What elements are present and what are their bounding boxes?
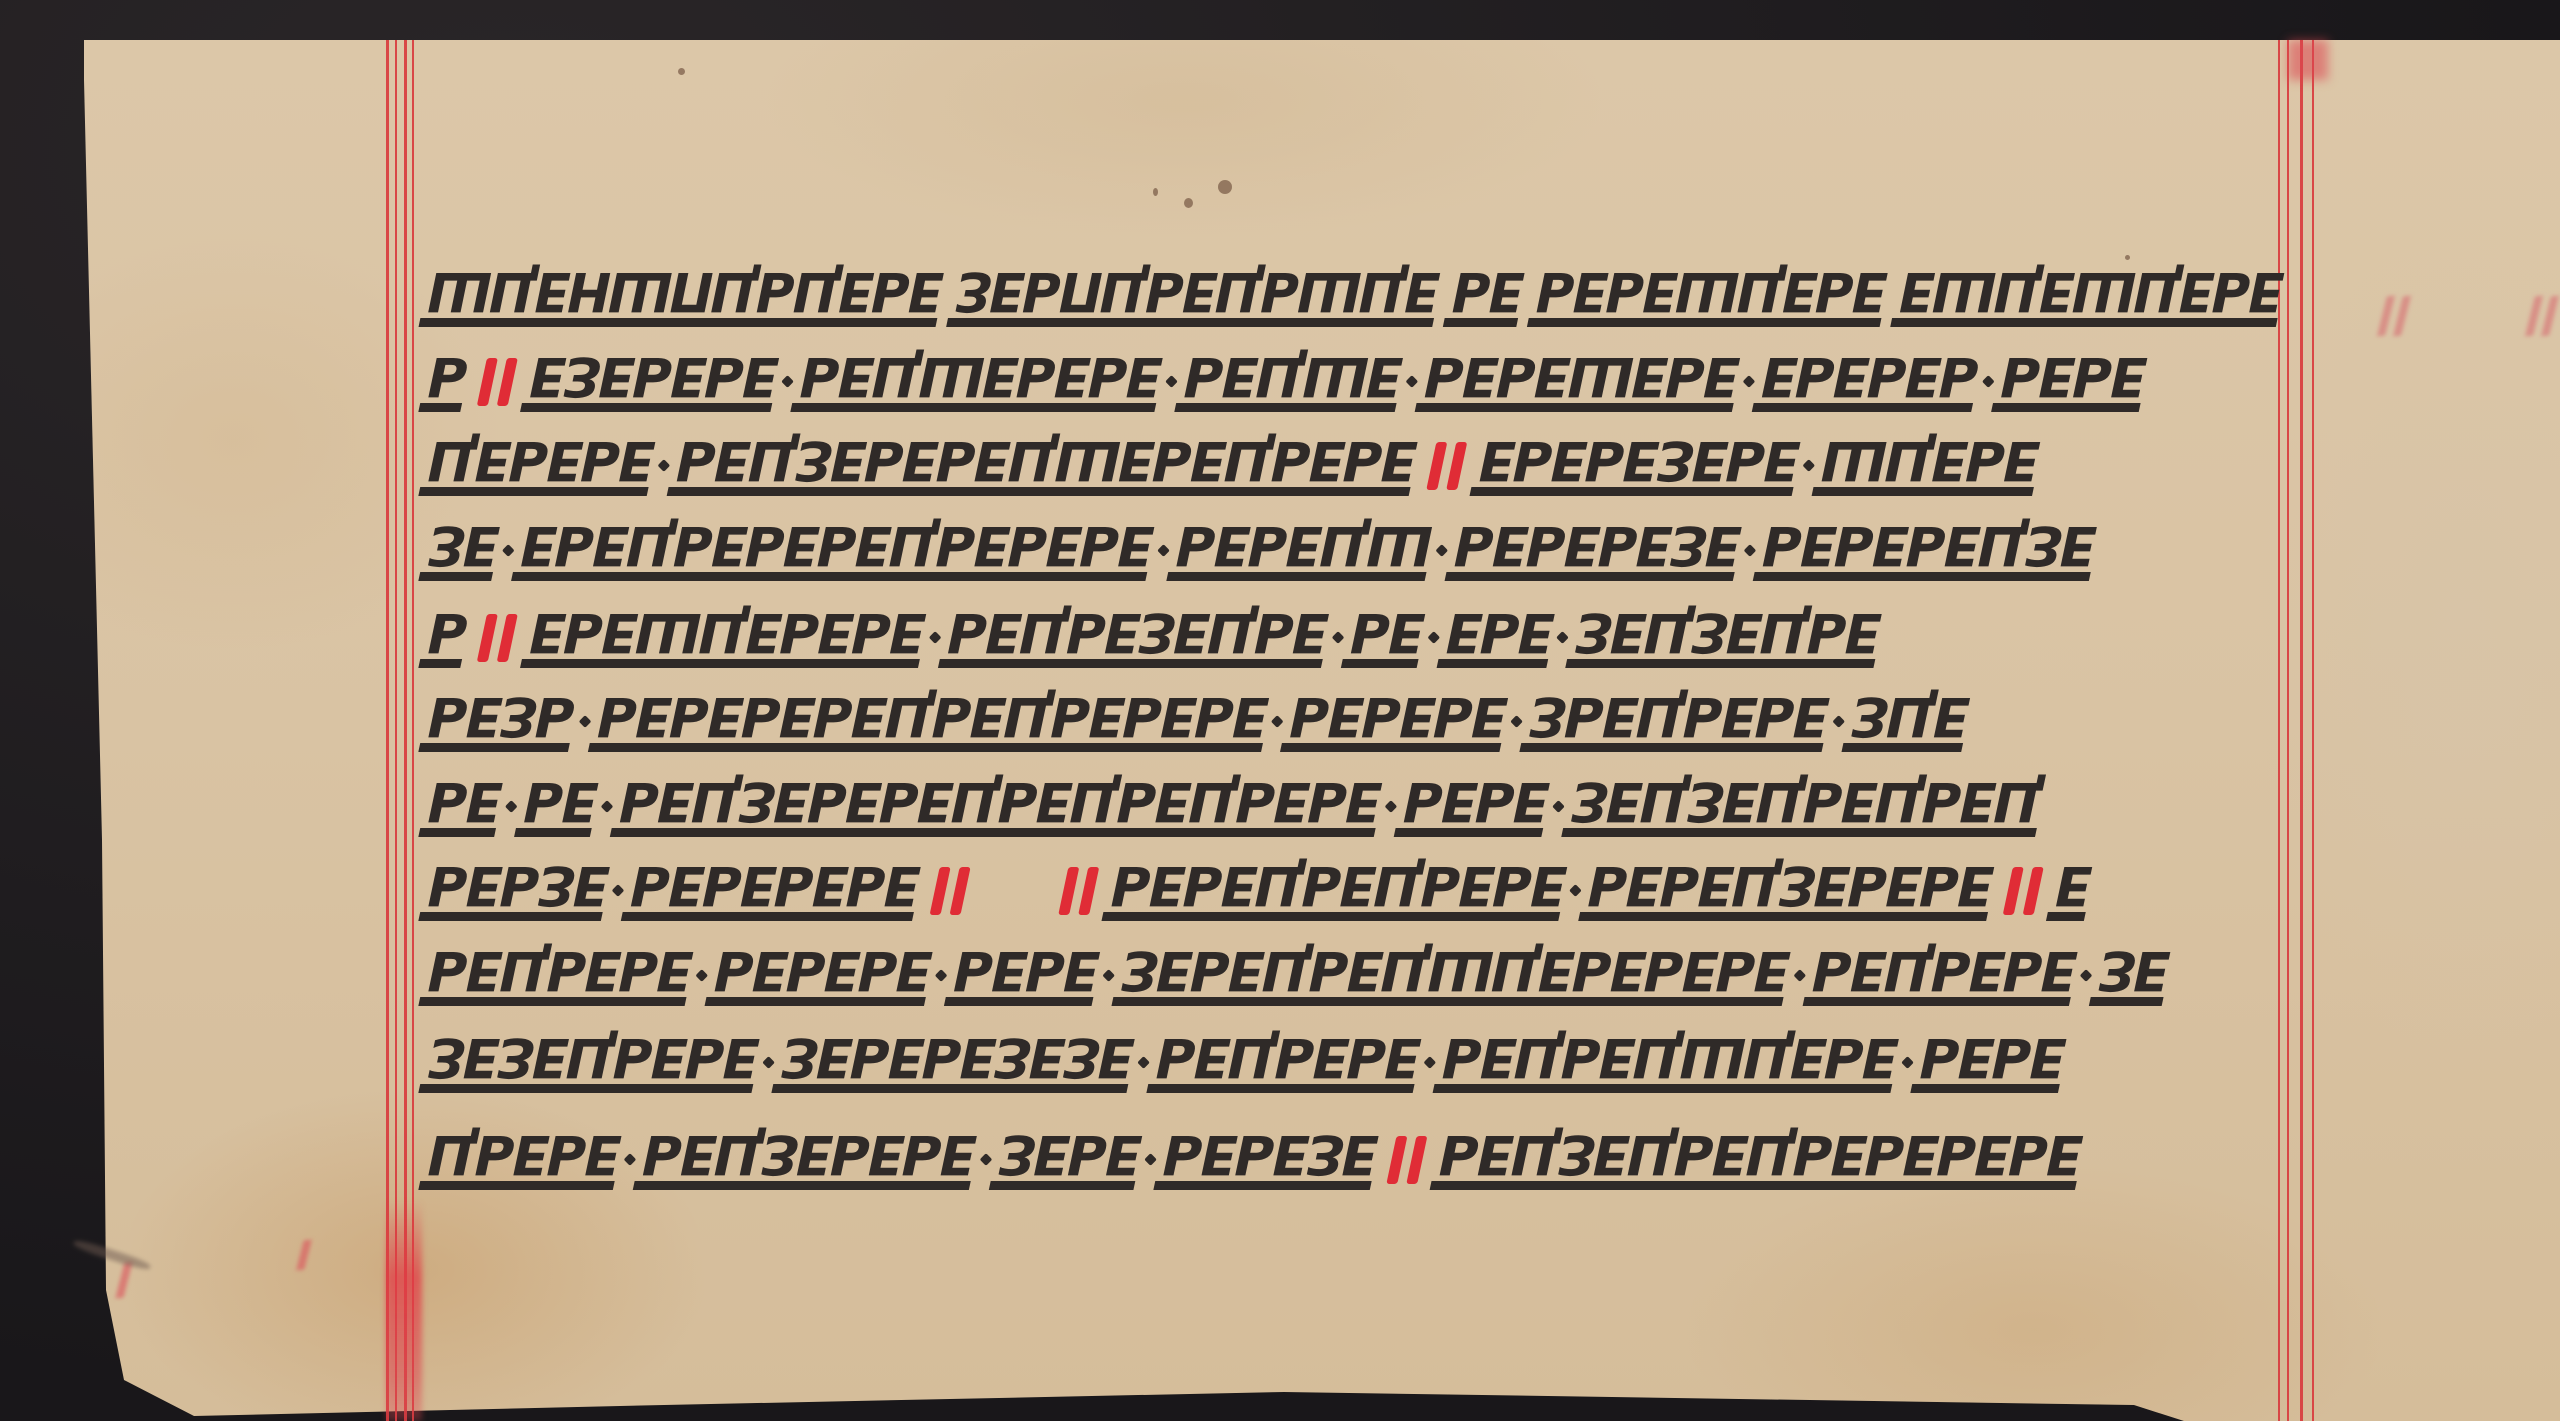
script-word: ЗЕЦЗЕЦЬЕ [1566,605,1887,668]
visarga-dot [1331,631,1344,644]
visarga-dot [612,884,625,897]
visarga-dot [1511,715,1524,728]
red-double-danda [2007,867,2038,915]
script-word: ЬЕЬЕЗЕ [1153,1127,1383,1190]
visarga-dot [1427,631,1440,644]
visarga-dot [979,1153,992,1166]
visarga-dot [1982,375,1995,388]
visarga-dot [1832,715,1845,728]
script-word: ЬЕЬЕЬЕЦЗЕ [1753,518,2102,581]
red-double-danda [1392,1136,1423,1184]
visarga-dot [945,293,951,299]
manuscript-line: ЬЕЦЬЕЬЕЬЕЬЕЬЕЬЕЬЕЗЕЬЕЦЬЕЦШЦЕЬЕЬЕЬЕЬЕЦЬЕЬ… [425,942,2290,1006]
script-word: ЦЕЬЕЬЕ [418,433,660,496]
script-word: ЬЕЬЕЬЕ [705,943,938,1006]
script-word: ЬЕЬЕ [1991,349,2152,412]
visarga-dot [1137,1056,1150,1069]
script-word: ЬЕЦЗЕЬЕЬЕЦЬЕЦЬЕЦЬЕЬЕ [610,774,1387,837]
script-word: Е [2046,858,2097,921]
visarga-dot [929,631,942,644]
script-word: ЬЕЦЬЕЦШЦЕЬЕ [1432,1030,1903,1093]
script-word: ЗЦЕ [1841,689,1974,752]
script-word: ЗЕ [2089,943,2175,1006]
script-word: ЕЬЕ [1436,605,1559,668]
script-word: ЬЕЦЬЕЬЕ [1146,1030,1426,1093]
script-word: ЗЕЬЕ [988,1127,1146,1190]
script-word: ЬЕЦЬЕЬЕ [1802,943,2082,1006]
script-word: ЬЕЬЕЬЕЬЕ [621,858,926,921]
visarga-dot [1557,631,1570,644]
script-word: ЬЕЬЕЦЗЕЬЕЬЕ [1578,858,1999,921]
visarga-dot [1144,1153,1157,1166]
manuscript-line: ШЦЕНШПЦЬЦЕЬЕЗЕЬПЦЬЕЦЬШЦЕЬЕЬЕЬЕШЦЕЬЕЕШЦЕШ… [425,263,2232,327]
visarga-dot [935,969,948,982]
visarga-dot [578,715,591,728]
script-word: ЕШЦЕШЦЕЬЕ [1890,264,2289,327]
script-word: ЕЬЕЦЬЕЬЕЬЕЦЬЕЬЕЬЕ [511,518,1159,581]
visarga-dot [1435,544,1448,557]
script-word: Ь [418,349,473,412]
visarga-dot [1157,544,1170,557]
script-word: ЬЕЬЕ [944,943,1105,1006]
script-word: ЗЕ [418,518,504,581]
script-word: ЬЕЬЕЦШ [1166,518,1438,581]
script-word: ШЦЕЬЕ [1811,433,2045,496]
script-word: ЬЕЦЗЕЬЕЬЕ [633,1127,982,1190]
script-word: ЬЕ [514,774,603,837]
red-double-danda [482,614,513,662]
script-word: ЬЕЦШЕЬЕЬЕ [791,349,1168,412]
visarga-dot [762,1056,775,1069]
visarga-dot [1406,375,1419,388]
visarga-dot [1888,293,1894,299]
script-word: ЬЕ [418,774,507,837]
manuscript-line: ЗЕЕЬЕЦЬЕЬЕЬЕЦЬЕЬЕЬЕЬЕЬЕЦШЬЕЬЕЬЕЗЕЬЕЬЕЬЕЦ… [425,517,2290,581]
manuscript-line: ЬЕЬЕЬЕЦЗЕЬЕЬЕЦЬЕЦЬЕЦЬЕЬЕЬЕЬЕЗЕЦЗЕЦЬЕЦЬЕЦ [425,773,2290,837]
script-word: ЕЬЕЬЕЬ [1751,349,1984,412]
right-ruling-line [2300,40,2303,1421]
visarga-dot [1742,375,1755,388]
script-word: ЗЕЗЕЦЬЕЬЕ [418,1030,764,1093]
script-word: ЬЕЬЕ [1910,1030,2071,1093]
manuscript-line: ЬЕЗЬЬЕЬЕЬЕЬЕЦЬЕЦЬЕЬЕЬЕЬЕЬЕЬЕЗЬЕЦЬЕЬЕЗЦЕ [425,688,2290,752]
script-word: ЬЕЦЬЕЬЕ [418,943,698,1006]
visarga-dot [1103,969,1116,982]
script-word: ЬЕЦЗЕЦЬЕЦЬЕЬЕЬЕЬЕ [1430,1127,2088,1190]
script-word: ЬЕЗЬ [418,689,581,752]
manuscript-line: ЬЕЬЕШЦЕЬЕЬЕЬЕЦЬЕЗЕЦЬЕЬЕЕЬЕЗЕЦЗЕЦЬЕ [425,604,2290,668]
red-double-danda [482,358,513,406]
visarga-dot [1165,375,1178,388]
visarga-dot [1901,1056,1914,1069]
manuscript-line: ЗЕЗЕЦЬЕЬЕЗЕЬЕЬЕЗЕЗЕЬЕЦЬЕЬЕЬЕЦЬЕЦШЦЕЬЕЬЕЬ… [425,1029,2290,1093]
script-word: ЬЕЦШЕ [1175,349,1409,412]
visarga-dot [1552,800,1565,813]
script-word: ЗЕЬЕЬЕЗЕЗЕ [771,1030,1139,1093]
visarga-dot [1271,715,1284,728]
visarga-dot [782,375,795,388]
script-word: ЬЕЬЕШЕЬЕ [1415,349,1745,412]
visarga-dot [624,1153,637,1166]
script-word: ЬЕЬЗЕ [418,858,614,921]
script-word: ЗЬЕЦЬЕЬЕ [1520,689,1835,752]
red-double-danda [934,867,965,915]
script-word: ЬЕЬЕЦЬЕЦЬЕЬЕ [1101,858,1572,921]
visarga-dot [1744,544,1757,557]
right-ruling-line [2312,40,2314,1421]
visarga-dot [601,800,614,813]
visarga-dot [658,459,671,472]
red-double-danda [1431,442,1462,490]
manuscript-line: ЦЕЬЕЬЕЬЕЦЗЕЬЕЬЕЦШЕЬЕЦЬЕЬЕЕЬЕЬЕЗЕЬЕШЦЕЬЕ [425,432,2290,496]
red-double-danda [1063,867,1094,915]
visarga-dot [502,544,515,557]
script-word: ЕЗЕЬЕЬЕ [520,349,784,412]
script-word: ЬЕЬЕЬЕЗЕ [1444,518,1746,581]
visarga-dot [1569,884,1582,897]
red-ink-bleed [386,1200,422,1421]
script-word: ЬЕ [1340,605,1429,668]
manuscript-line: ЬЕЗЕЬЕЬЕЬЕЦШЕЬЕЬЕЬЕЦШЕЬЕЬЕШЕЬЕЕЬЕЬЕЬЬЕЬЕ [425,348,2290,412]
script-word: ЬЕЦЬЕЗЕЦЬЕ [938,605,1334,668]
script-word: Ь [418,605,473,668]
script-word: ЬЕЬЕЬЕ [1280,689,1513,752]
script-word: ЬЕЦЗЕЬЕЬЕЦШЕЬЕЦЬЕЬЕ [667,433,1423,496]
manuscript-text-block: ШЦЕНШПЦЬЦЕЬЕЗЕЬПЦЬЕЦЬШЦЕЬЕЬЕЬЕШЦЕЬЕЕШЦЕШ… [425,0,2295,1421]
script-word: ЗЕЬЕЦЬЕЦШЦЕЬЕЬЕЬЕ [1112,943,1796,1006]
script-word: ЗЕЦЗЕЦЬЕЦЬЕЦ [1561,774,2048,837]
script-word: ЗЕЬПЦЬЕЦЬШЦЕ [946,264,1445,327]
script-word: ЕЬЕШЦЕЬЕЬЕ [520,605,931,668]
visarga-dot [1793,969,1806,982]
manuscript-line: ЦЬЕЬЕЬЕЦЗЕЬЕЬЕЗЕЬЕЬЕЬЕЗЕЬЕЦЗЕЦЬЕЦЬЕЬЕЬЕЬ… [425,1126,2290,1190]
visarga-dot [1802,459,1815,472]
script-word: ЬЕЬЕ [1394,774,1555,837]
visarga-dot [1423,1056,1436,1069]
script-word: ЬЕЬЕЬЕЬЕЦЬЕЦЬЕЬЕЬЕ [587,689,1273,752]
visarga-dot [2080,969,2093,982]
script-word: ЬЕ [1443,264,1529,327]
script-word: ЕЬЕЬЕЗЕЬЕ [1469,433,1805,496]
script-word: ЬЕЬЕШЦЕЬЕ [1527,264,1892,327]
visarga-dot [505,800,518,813]
manuscript-line: ЬЕЬЗЕЬЕЬЕЬЕЬЕЬЕЬЕЦЬЕЦЬЕЬЕЬЕЬЕЦЗЕЬЕЬЕЕ [425,857,2290,921]
visarga-dot [1385,800,1398,813]
visarga-dot [1525,293,1531,299]
script-word: ШЦЕНШПЦЬЦЕЬЕ [419,264,949,327]
script-word: ЦЬЕЬЕ [418,1127,626,1190]
visarga-dot [696,969,709,982]
visarga-dot [1441,293,1447,299]
